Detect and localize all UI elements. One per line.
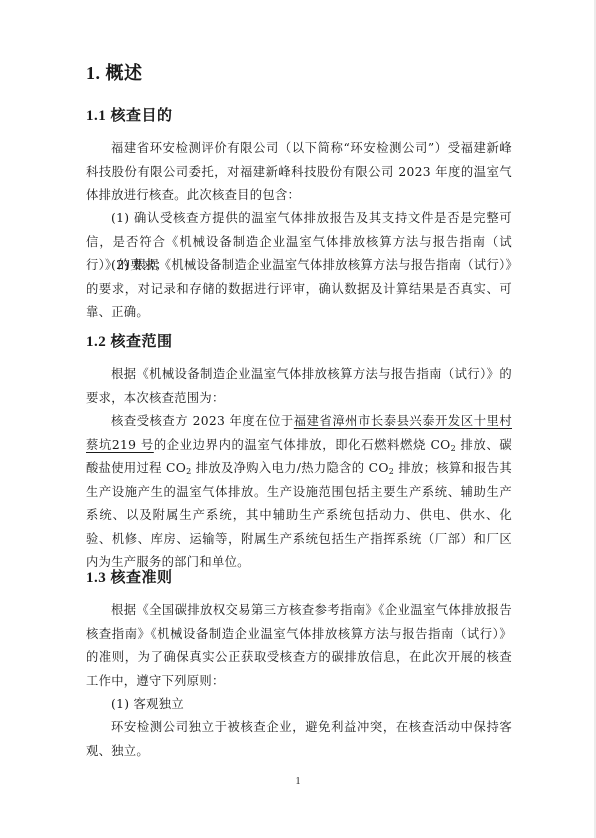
scope-prefix: 核查受核查方 2023 年度在位于 xyxy=(111,414,294,428)
scope-intro-paragraph: 根据《机械设备制造企业温室气体排放核算方法与报告指南（试行）》的要求，本次核查范… xyxy=(86,363,512,410)
principle-1-text: 环安检测公司独立于被核查企业，避免利益冲突，在核查活动中保持客观、独立。 xyxy=(86,716,512,763)
purpose-item-2: (2) 根据《机械设备制造企业温室气体排放核算方法与报告指南（试行）》的要求，对… xyxy=(86,254,512,325)
heading-overview: 1. 概述 xyxy=(86,59,143,85)
scope-text-1: 的企业边界内的温室气体排放，即化石燃料燃烧 CO xyxy=(154,438,451,452)
document-page: 1. 概述 1.1 核查目的 福建省环安检测评价有限公司（以下简称“环安检测公司… xyxy=(0,0,596,838)
scope-detail-paragraph: 核查受核查方 2023 年度在位于福建省漳州市长泰县兴泰开发区十里村蔡坑219 … xyxy=(86,410,512,575)
principle-1-title: (1) 客观独立 xyxy=(111,693,184,717)
page-number: 1 xyxy=(0,776,596,787)
scope-text-4: 排放；核算和报告其生产设施产生的温室气体排放。生产设施范围包括主要生产系统、辅助… xyxy=(86,461,512,569)
criteria-intro-paragraph: 根据《全国碳排放权交易第三方核查参考指南》《企业温室气体排放报告核查指南》《机械… xyxy=(86,599,512,693)
heading-verification-purpose: 1.1 核查目的 xyxy=(86,104,173,125)
heading-verification-criteria: 1.3 核查准则 xyxy=(86,566,173,587)
purpose-intro-paragraph: 福建省环安检测评价有限公司（以下简称“环安检测公司”）受福建新峰科技股份有限公司… xyxy=(86,137,512,208)
heading-verification-scope: 1.2 核查范围 xyxy=(86,330,173,351)
scope-text-3: 排放及净购入电力/热力隐含的 CO xyxy=(192,461,389,475)
